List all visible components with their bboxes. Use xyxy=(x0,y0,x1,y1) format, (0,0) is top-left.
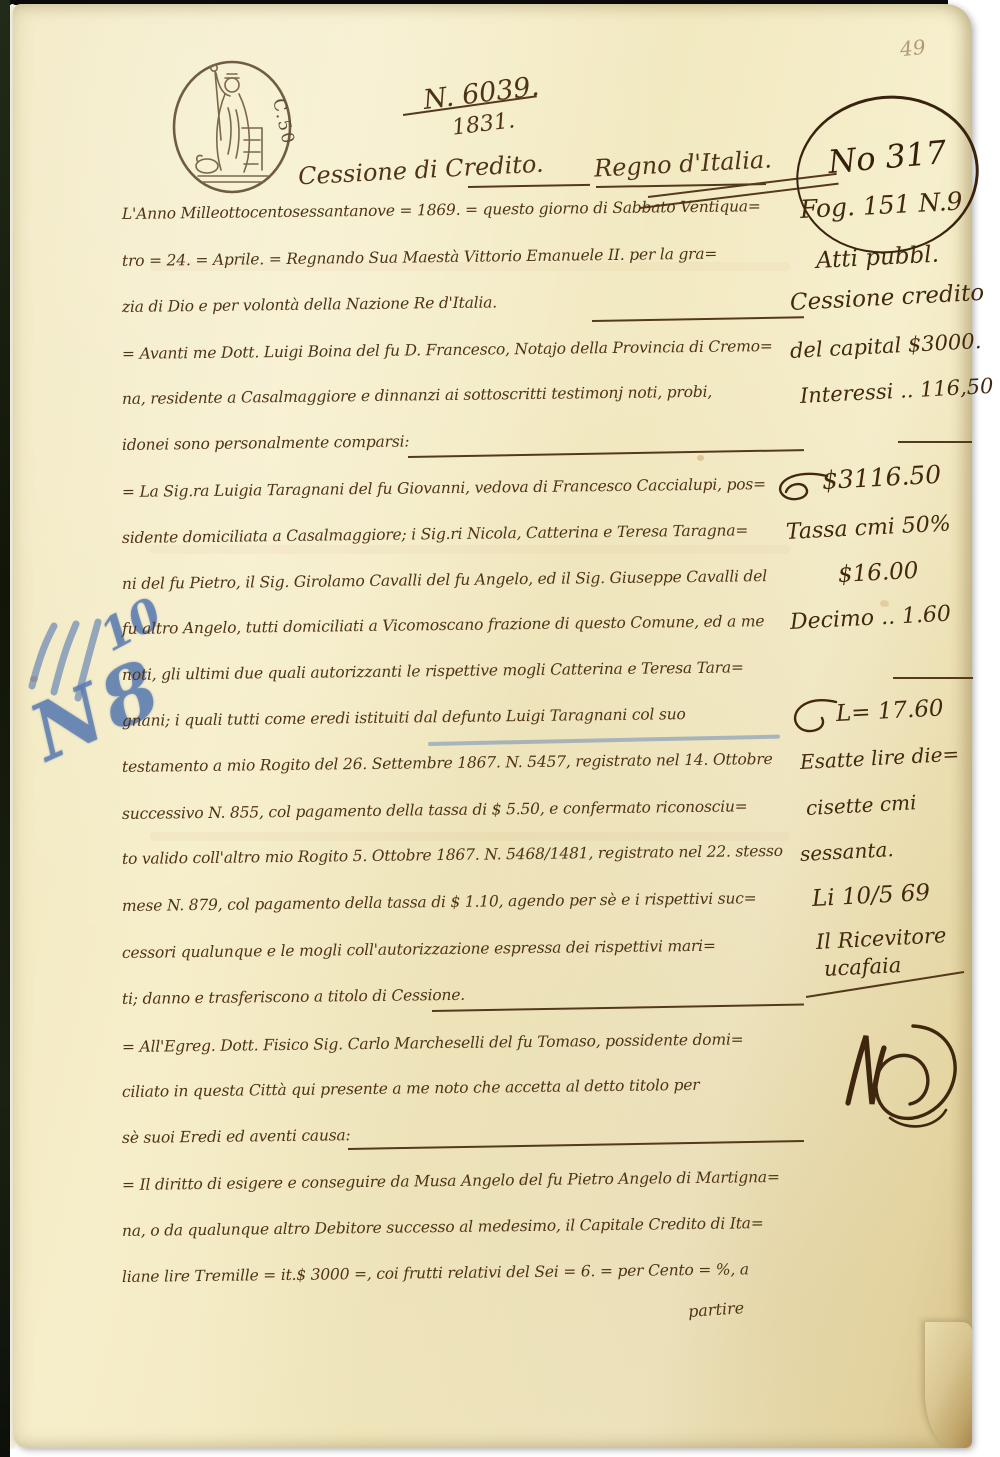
paper-corner-curl xyxy=(925,1322,972,1448)
margin-rule xyxy=(893,677,973,679)
folio-pencil-number: 49 xyxy=(899,35,927,62)
flourish-swash xyxy=(772,468,832,508)
manuscript-line: sè suoi Eredi ed aventi causa: xyxy=(122,1126,351,1147)
foxing-spot xyxy=(697,455,704,461)
stamp-denomination: C.50 xyxy=(268,97,298,148)
scan-edge-left xyxy=(0,0,10,1457)
notary-signature-flourish xyxy=(818,1008,978,1138)
revenue-stamp-icon: C.50 xyxy=(170,58,296,200)
manuscript-catchword: partire xyxy=(687,1298,744,1321)
margin-rule xyxy=(898,441,972,443)
flourish-swash xyxy=(786,696,842,740)
margin-tax: $16.00 xyxy=(837,558,919,588)
margin-receipt-line3: sessanta. xyxy=(799,837,894,866)
receiver-signature: ucafaia xyxy=(823,953,901,981)
manuscript-line: idonei sono personalmente comparsi: xyxy=(122,432,410,454)
ink-showthrough xyxy=(150,832,790,841)
scanned-document: C.50 49 N. 6039. 1831. Cessione di Credi… xyxy=(0,0,1000,1457)
ink-showthrough xyxy=(150,545,790,554)
